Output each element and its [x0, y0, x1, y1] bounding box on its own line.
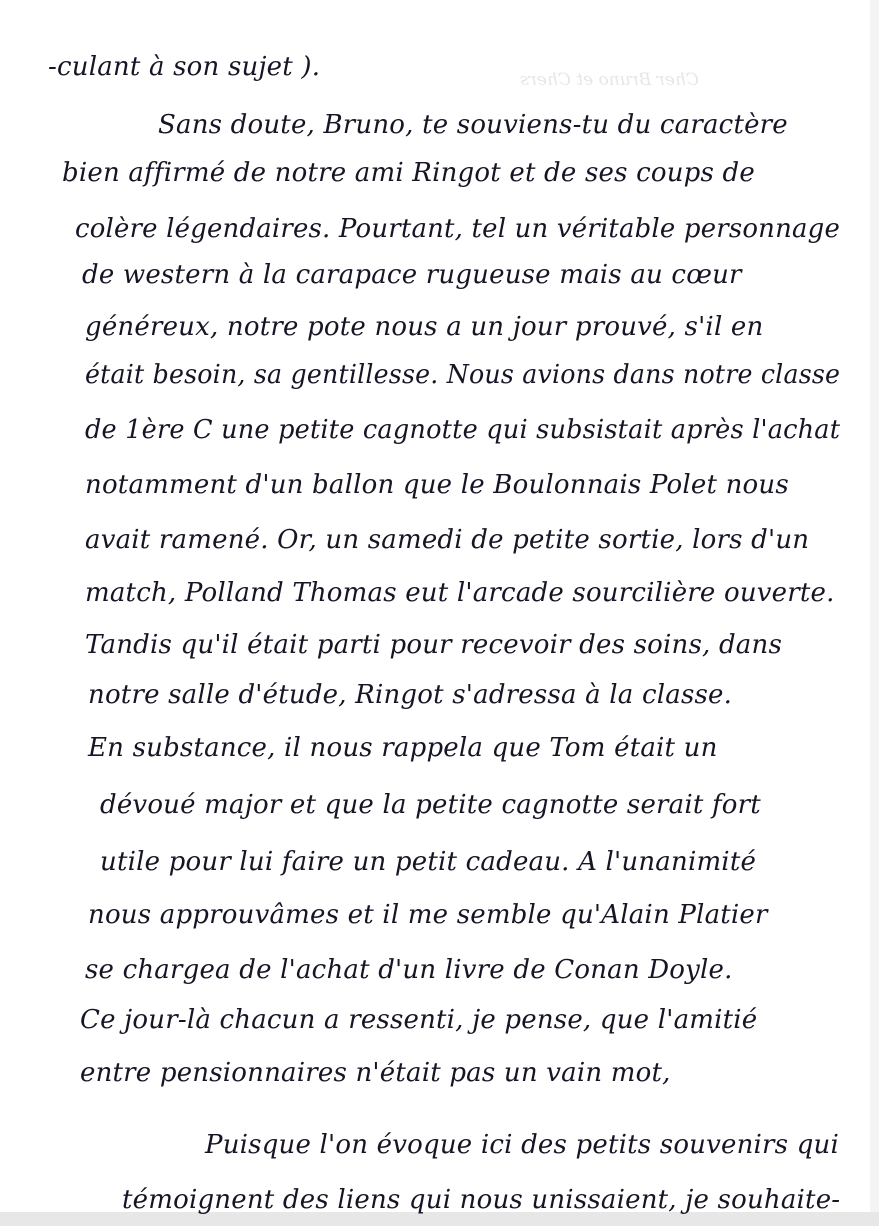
text-line: notre salle d'étude, Ringot s'adressa à …	[88, 680, 732, 710]
text-line: avait ramené. Or, un samedi de petite so…	[85, 525, 809, 555]
text-line: nous approuvâmes et il me semble qu'Alai…	[88, 900, 768, 930]
text-line: utile pour lui faire un petit cadeau. A …	[100, 847, 756, 877]
text-line: témoignent des liens qui nous unissaient…	[122, 1185, 840, 1215]
text-line: dévoué major et que la petite cagnotte s…	[100, 790, 761, 820]
text-line: notamment d'un ballon que le Boulonnais …	[85, 470, 789, 500]
text-line: entre pensionnaires n'était pas un vain …	[80, 1058, 671, 1088]
text-line: bien affirmé de notre ami Ringot et de s…	[62, 158, 755, 188]
text-line: Sans doute, Bruno, te souviens-tu du car…	[158, 110, 788, 140]
text-line: En substance, il nous rappela que Tom ét…	[88, 733, 718, 763]
text-line: Tandis qu'il était parti pour recevoir d…	[85, 630, 782, 660]
text-line: se chargea de l'achat d'un livre de Cona…	[85, 955, 733, 985]
scan-edge-right	[870, 0, 879, 1212]
text-line: généreux, notre pote nous a un jour prou…	[85, 312, 763, 342]
text-line: était besoin, sa gentillesse. Nous avion…	[85, 360, 840, 390]
text-line: de western à la carapace rugueuse mais a…	[82, 260, 742, 290]
text-line: de 1ère C une petite cagnotte qui subsis…	[85, 415, 840, 445]
text-line: match, Polland Thomas eut l'arcade sourc…	[85, 578, 835, 608]
text-line: -culant à son sujet ).	[48, 52, 320, 82]
show-through-text: Cher Bruno et Chers	[520, 70, 699, 90]
text-line: Ce jour-là chacun a ressenti, je pense, …	[80, 1005, 757, 1035]
text-line: colère légendaires. Pourtant, tel un vér…	[75, 214, 840, 244]
text-line: Puisque l'on évoque ici des petits souve…	[205, 1130, 839, 1160]
